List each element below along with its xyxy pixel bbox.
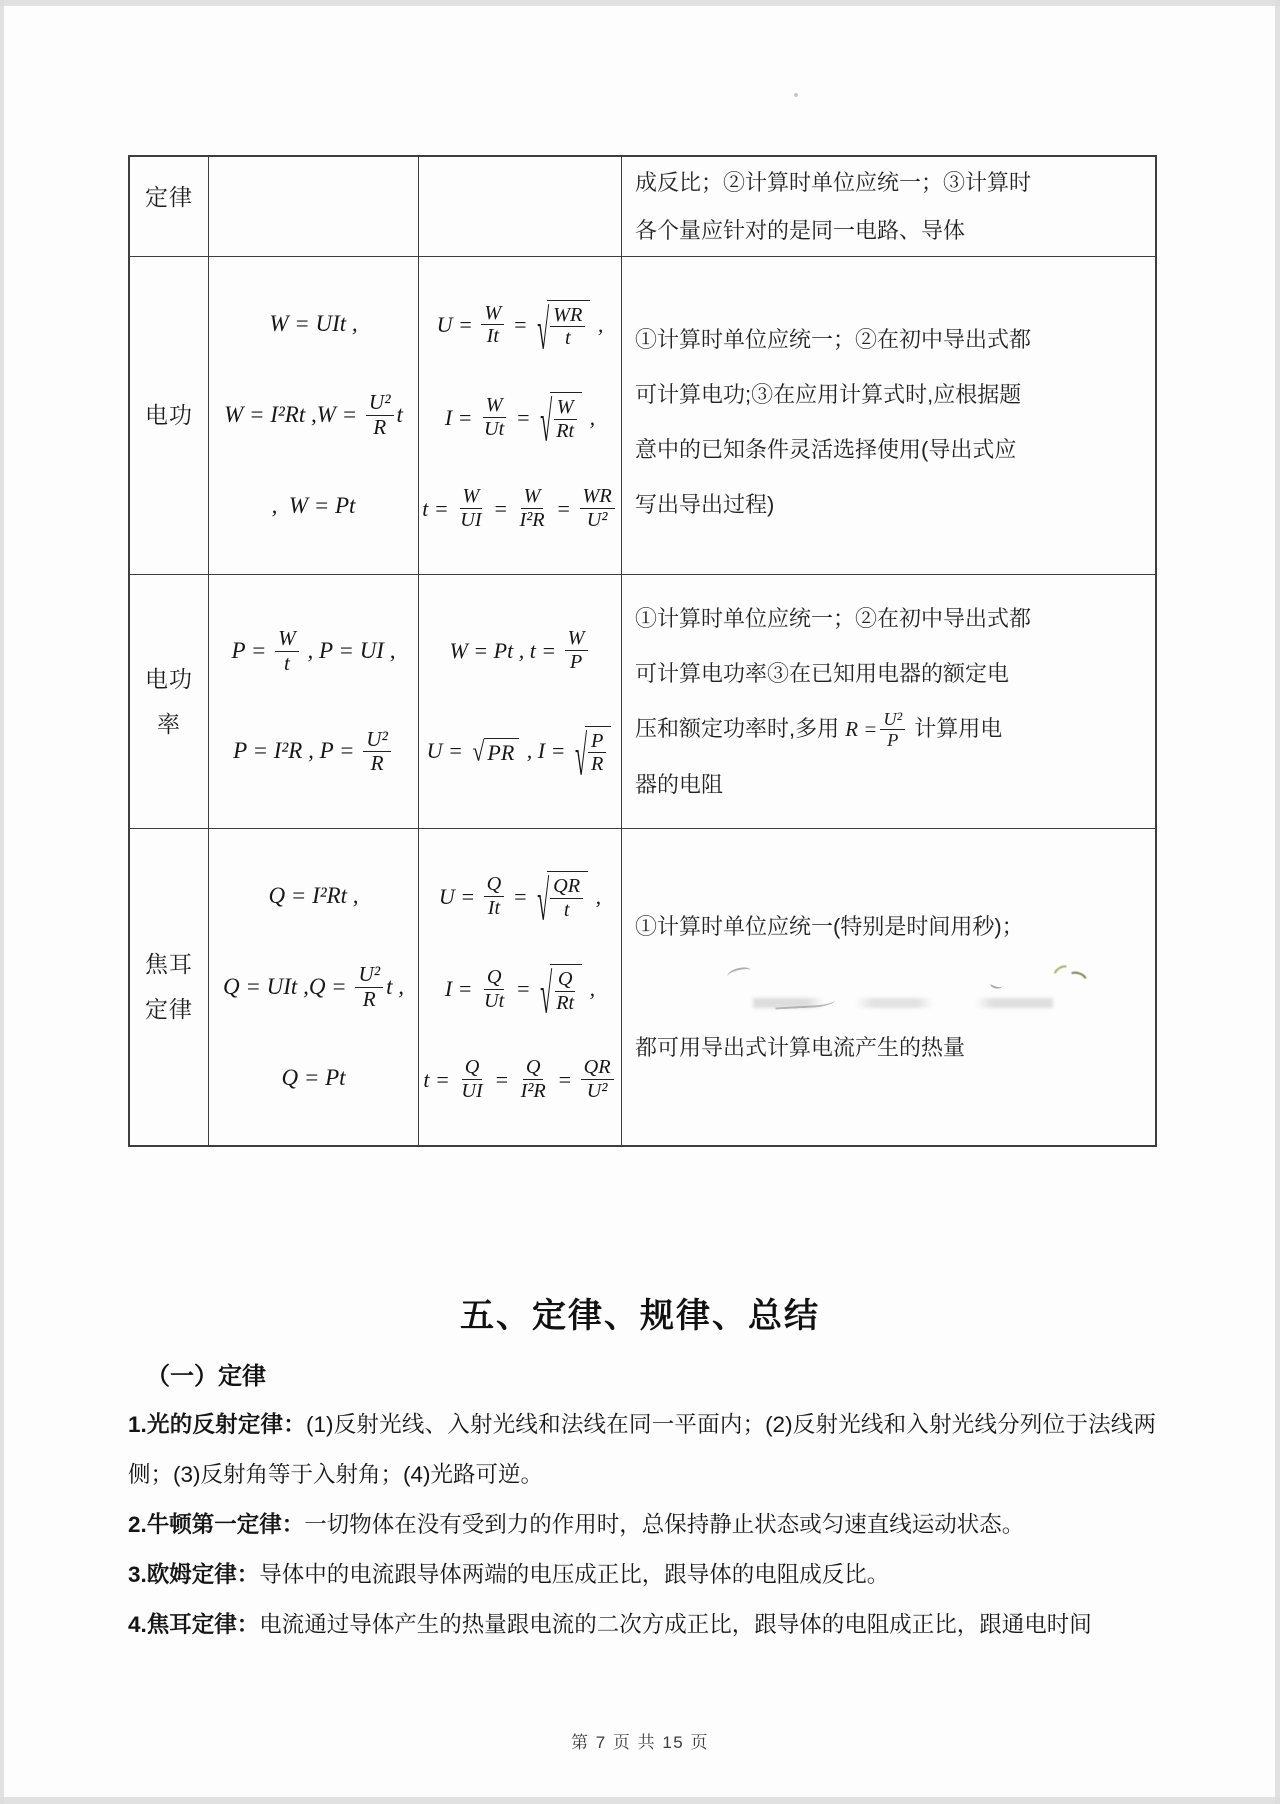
- math-run: W = Pt , t =: [449, 637, 561, 665]
- note-text: 计算用电: [908, 716, 1002, 741]
- row-label-line: 定律: [145, 175, 193, 220]
- note-cell: ①计算时单位应统一(特别是时间用秒)；都可用导出式计算电流产生的热量: [622, 829, 1155, 1145]
- note-line: ①计算时单位应统一；②在初中导出式都: [635, 591, 1145, 646]
- note-text: 成反比；②计算时单位应统一；③计算时: [635, 170, 1031, 195]
- row-label-line: 率: [157, 702, 181, 747]
- square-root: QRt: [540, 964, 582, 1014]
- law-item: 3.欧姆定律：导体中的电流跟导体两端的电压成正比，跟导体的电阻成反比。: [128, 1550, 1156, 1600]
- square-root: WRt: [537, 300, 590, 350]
- note-line: 器的电阻: [635, 757, 1145, 812]
- math-run: P =: [232, 637, 273, 666]
- derived-formula-cell: W = Pt , t = WPU = PR , I = PR: [419, 575, 622, 829]
- math-run: t =: [422, 495, 454, 523]
- fraction: U²R: [355, 963, 383, 1011]
- section-title: 五、定律、规律、总结: [0, 1288, 1280, 1337]
- fraction: WP: [565, 627, 588, 673]
- law-item-text: 一切物体在没有受到力的作用时，总保持静止状态或匀速直线运动状态。: [304, 1512, 1024, 1537]
- fraction: WUt: [481, 394, 507, 440]
- smudge-mark: [990, 978, 1005, 991]
- note-cell: 成反比；②计算时单位应统一；③计算时各个量应针对的是同一电路、导体: [622, 157, 1155, 257]
- fraction: QI²R: [518, 1056, 549, 1102]
- scan-edge-left: [0, 0, 4, 1804]
- square-root: QRt: [537, 871, 588, 921]
- note-text: 器的电阻: [635, 772, 723, 797]
- math-run: =: [507, 883, 533, 911]
- fraction: WRt: [550, 304, 585, 350]
- math-run: U =: [439, 883, 481, 911]
- fraction: QRt: [550, 875, 583, 921]
- row-label-line: 定律: [145, 987, 193, 1032]
- law-item-title: 2.牛顿第一定律：: [128, 1512, 304, 1537]
- math-run: R =: [845, 702, 877, 757]
- fraction: U²R: [363, 728, 391, 776]
- row-label: 焦耳定律: [130, 829, 209, 1145]
- formula-line: Q = I²Rt ,: [268, 882, 358, 911]
- derived-formula-line: t = WUI = WI²R = WRU²: [422, 485, 617, 531]
- note-text: 压和额定功率时,多用: [635, 716, 845, 741]
- law-list: 1.光的反射定律：(1)反射光线、入射光线和法线在同一平面内；(2)反射光线和入…: [128, 1400, 1156, 1650]
- law-item-title: 1.光的反射定律：: [128, 1412, 306, 1437]
- scan-edge-right: [1275, 0, 1280, 1804]
- page-number-footer: 第 7 页 共 15 页: [0, 1728, 1280, 1753]
- derived-formula-line: U = PR , I = PR: [427, 726, 614, 776]
- law-item-text: 电流通过导体产生的热量跟电流的二次方成正比，跟导体的电阻成正比，跟通电时间: [259, 1612, 1092, 1637]
- scan-edge-top: [0, 0, 1280, 6]
- inline-formula: R = U²P: [845, 702, 908, 757]
- fraction: QIt: [484, 873, 505, 919]
- formula-cell: P = Wt , P = UI ,P = I²R , P = U²R: [209, 575, 419, 829]
- note-text: ①计算时单位应统一；②在初中导出式都: [635, 606, 1031, 631]
- scan-dot-artifact: [794, 93, 798, 97]
- math-run: ,: [590, 883, 601, 911]
- law-item-title: 4.焦耳定律：: [128, 1612, 259, 1637]
- math-run: t =: [423, 1066, 455, 1094]
- law-item: 2.牛顿第一定律：一切物体在没有受到力的作用时，总保持静止状态或匀速直线运动状态…: [128, 1500, 1156, 1550]
- note-cell: ①计算时单位应统一；②在初中导出式都可计算电功;③在应用计算式时,应根据题意中的…: [622, 257, 1155, 575]
- math-run: W = I²Rt ,W =: [224, 401, 363, 430]
- math-run: I =: [445, 975, 478, 1003]
- math-run: =: [510, 404, 536, 432]
- derived-formula-line: W = Pt , t = WP: [449, 627, 590, 673]
- math-run: ,: [584, 975, 595, 1003]
- fraction: QUt: [481, 966, 507, 1012]
- math-run: =: [489, 1066, 515, 1094]
- fraction: WUI: [457, 485, 484, 531]
- note-text: 都可用导出式计算电流产生的热量: [635, 1035, 965, 1060]
- math-run: =: [488, 495, 514, 523]
- note-line: 写出导出过程): [635, 477, 1145, 532]
- note-line: 意中的已知条件灵活选择使用(导出式应: [635, 422, 1145, 477]
- math-run: , W = Pt: [272, 492, 356, 521]
- note-text: ①计算时单位应统一；②在初中导出式都: [635, 327, 1031, 352]
- row-label-line: 电功: [145, 657, 193, 702]
- fraction: QRt: [553, 968, 577, 1014]
- fraction: WIt: [481, 302, 504, 348]
- math-run: P = I²R , P =: [233, 737, 360, 766]
- row-label-line: 焦耳: [145, 942, 193, 987]
- math-run: =: [510, 975, 536, 1003]
- note-line: 各个量应针对的是同一电路、导体: [635, 207, 1145, 255]
- fraction: Wt: [275, 627, 299, 675]
- fraction: U²R: [366, 391, 394, 439]
- derived-formula-cell: U = WIt = WRt ,I = WUt = WRt ,t = WUI = …: [419, 257, 622, 575]
- square-root: PR: [472, 738, 519, 764]
- note-text: 可计算电功;③在应用计算式时,应根据题: [635, 382, 1021, 407]
- row-label: 定律: [130, 157, 209, 257]
- row-label: 电功率: [130, 575, 209, 829]
- derived-formula-line: t = QUI = QI²R = QRU²: [423, 1056, 616, 1102]
- law-item: 4.焦耳定律：电流通过导体产生的热量跟电流的二次方成正比，跟导体的电阻成正比，跟…: [128, 1600, 1156, 1650]
- note-line: 都可用导出式计算电流产生的热量: [635, 1020, 1145, 1075]
- law-item-title: 3.欧姆定律：: [128, 1562, 259, 1587]
- formula-table: 定律成反比；②计算时单位应统一；③计算时各个量应针对的是同一电路、导体电功W =…: [128, 155, 1157, 1147]
- formula-line: Q = UIt ,Q = U²Rt ,: [223, 963, 404, 1011]
- formula-line: Q = Pt: [281, 1064, 345, 1093]
- row-label: 电功: [130, 257, 209, 575]
- row-label-line: 电功: [145, 393, 193, 438]
- formula-line: W = I²Rt ,W = U²Rt: [224, 391, 403, 439]
- note-text: 各个量应针对的是同一电路、导体: [635, 218, 965, 243]
- document-page: 定律成反比；②计算时单位应统一；③计算时各个量应针对的是同一电路、导体电功W =…: [0, 0, 1280, 1804]
- formula-cell: [209, 157, 419, 257]
- fraction: QRU²: [581, 1056, 614, 1102]
- note-line: ①计算时单位应统一；②在初中导出式都: [635, 312, 1145, 367]
- derived-formula-line: I = WUt = WRt ,: [445, 392, 595, 442]
- smudge-mark: [726, 966, 752, 981]
- formula-cell: Q = I²Rt ,Q = UIt ,Q = U²Rt ,Q = Pt: [209, 829, 419, 1145]
- note-line: 可计算电功率③在已知用电器的额定电: [635, 646, 1145, 701]
- math-run: Q = I²Rt ,: [268, 882, 358, 911]
- law-item: 1.光的反射定律：(1)反射光线、入射光线和法线在同一平面内；(2)反射光线和入…: [128, 1400, 1156, 1500]
- note-text: ①计算时单位应统一(特别是时间用秒)；: [635, 914, 1024, 939]
- fraction: WI²R: [516, 485, 547, 531]
- math-run: W = UIt ,: [269, 310, 357, 339]
- math-run: , P = UI ,: [302, 637, 396, 666]
- formula-line: W = UIt ,: [269, 310, 357, 339]
- square-root: PR: [575, 726, 611, 776]
- formula-cell: W = UIt ,W = I²Rt ,W = U²Rt, W = Pt: [209, 257, 419, 575]
- erased-smudge: [635, 954, 1145, 1020]
- derived-formula-line: U = QIt = QRt ,: [439, 871, 601, 921]
- law-item-text: 导体中的电流跟导体两端的电压成正比，跟导体的电阻成反比。: [259, 1562, 889, 1587]
- fraction: QUI: [458, 1056, 485, 1102]
- math-run: ,: [592, 311, 603, 339]
- math-run: , I =: [521, 737, 571, 765]
- note-text: 意中的已知条件灵活选择使用(导出式应: [635, 437, 1016, 462]
- formula-line: P = Wt , P = UI ,: [232, 627, 396, 675]
- math-run: Q = UIt ,Q =: [223, 973, 352, 1002]
- math-run: Q = Pt: [281, 1064, 345, 1093]
- derived-formula-line: I = QUt = QRt ,: [445, 964, 595, 1014]
- fraction: WRU²: [580, 485, 615, 531]
- math-run: U =: [437, 311, 479, 339]
- note-text: 可计算电功率③在已知用电器的额定电: [635, 661, 1009, 686]
- fraction: PR: [588, 730, 606, 776]
- scan-edge-bottom: [0, 1797, 1280, 1804]
- math-run: ,: [584, 404, 595, 432]
- math-run: =: [551, 495, 577, 523]
- math-run: U =: [427, 737, 469, 765]
- math-run: =: [507, 311, 533, 339]
- fraction: WRt: [553, 396, 577, 442]
- note-line: 压和额定功率时,多用 R = U²P 计算用电: [635, 701, 1145, 758]
- note-line: 可计算电功;③在应用计算式时,应根据题: [635, 367, 1145, 422]
- smudge-mark: [1053, 962, 1087, 988]
- derived-formula-line: U = WIt = WRt ,: [437, 300, 604, 350]
- math-run: I =: [445, 404, 478, 432]
- note-line: 成反比；②计算时单位应统一；③计算时: [635, 159, 1145, 207]
- note-line: ①计算时单位应统一(特别是时间用秒)；: [635, 899, 1145, 954]
- formula-line: P = I²R , P = U²R: [233, 728, 394, 776]
- note-text: 写出导出过程): [635, 492, 774, 517]
- note-cell: ①计算时单位应统一；②在初中导出式都可计算电功率③在已知用电器的额定电压和额定功…: [622, 575, 1155, 829]
- derived-formula-cell: [419, 157, 622, 257]
- formula-line: , W = Pt: [272, 492, 356, 521]
- math-run: =: [552, 1066, 578, 1094]
- square-root: WRt: [540, 392, 582, 442]
- math-run: t: [397, 401, 403, 430]
- section-subtitle: （一）定律: [146, 1356, 266, 1391]
- fraction: U²P: [880, 709, 905, 751]
- derived-formula-cell: U = QIt = QRt ,I = QUt = QRt ,t = QUI = …: [419, 829, 622, 1145]
- math-run: t ,: [386, 973, 404, 1002]
